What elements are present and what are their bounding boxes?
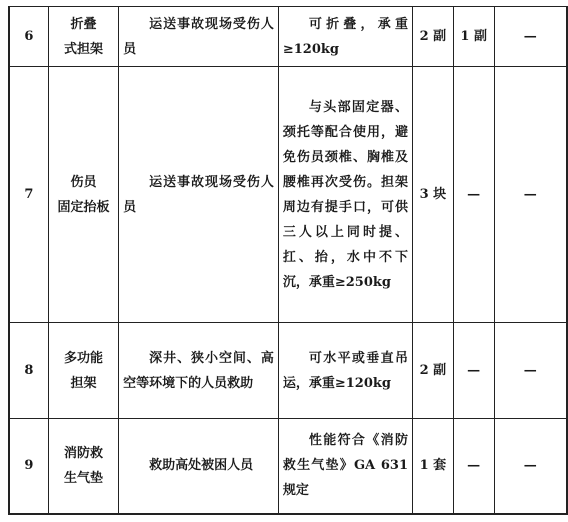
name-line2: 式担架 [64,42,103,57]
name-line1: 消防救 [64,446,103,461]
cell-qty2: 1 副 [453,7,494,67]
cell-qty2: — [453,323,494,419]
cell-spec: 与头部固定器、颈托等配合使用，避免伤员颈椎、胸椎及腰椎再次受伤。担架周边有提手口… [278,67,412,323]
cell-qty2: — [453,67,494,323]
cell-qty2: — [453,419,494,514]
cell-use: 运送事故现场受伤人员 [119,7,279,67]
table-row: 9 消防救生气垫 救助高处被困人员 性能符合《消防救生气垫》GA 631 规定 … [9,419,567,514]
name-line2: 固定抬板 [57,200,109,215]
spec-text: 与头部固定器、颈托等配合使用，避免伤员颈椎、胸椎及腰椎再次受伤。担架周边有提手口… [283,95,408,295]
cell-qty1: 3 块 [413,67,454,323]
cell-name: 折叠式担架 [48,7,118,67]
cell-note: — [494,67,567,323]
cell-use: 救助高处被困人员 [119,419,279,514]
use-text: 救助高处被困人员 [123,453,274,478]
cell-note: — [494,7,567,67]
name-line1: 折叠 [70,17,96,32]
cell-qty1: 2 副 [413,7,454,67]
cell-no: 7 [9,67,48,323]
cell-name: 消防救生气垫 [48,419,118,514]
cell-name: 多功能担架 [48,323,118,419]
cell-no: 8 [9,323,48,419]
cell-qty1: 2 副 [413,323,454,419]
use-text: 深井、狭小空间、高空等环境下的人员救助 [123,346,274,396]
cell-no: 9 [9,419,48,514]
table-row: 7 伤员固定抬板 运送事故现场受伤人员 与头部固定器、颈托等配合使用，避免伤员颈… [9,67,567,323]
cell-qty1: 1 套 [413,419,454,514]
name-line1: 伤员 [70,175,96,190]
use-text: 运送事故现场受伤人员 [123,170,274,220]
table-row: 8 多功能担架 深井、狭小空间、高空等环境下的人员救助 可水平或垂直吊运，承重≥… [9,323,567,419]
use-text: 运送事故现场受伤人员 [123,12,274,62]
cell-note: — [494,419,567,514]
cell-use: 深井、狭小空间、高空等环境下的人员救助 [119,323,279,419]
spec-text: 性能符合《消防救生气垫》GA 631 规定 [283,428,408,503]
table-row: 6 折叠式担架 运送事故现场受伤人员 可折叠，承重≥120kg 2 副 1 副 … [9,7,567,67]
cell-spec: 可水平或垂直吊运，承重≥120kg [278,323,412,419]
cell-name: 伤员固定抬板 [48,67,118,323]
cell-use: 运送事故现场受伤人员 [119,67,279,323]
spec-text: 可水平或垂直吊运，承重≥120kg [283,346,408,396]
cell-spec: 性能符合《消防救生气垫》GA 631 规定 [278,419,412,514]
cell-no: 6 [9,7,48,67]
cell-note: — [494,323,567,419]
spec-text: 可折叠，承重≥120kg [283,12,408,62]
name-line2: 生气垫 [64,471,103,486]
cell-spec: 可折叠，承重≥120kg [278,7,412,67]
name-line2: 担架 [70,376,96,391]
name-line1: 多功能 [64,351,103,366]
equipment-table: 6 折叠式担架 运送事故现场受伤人员 可折叠，承重≥120kg 2 副 1 副 … [8,6,568,515]
